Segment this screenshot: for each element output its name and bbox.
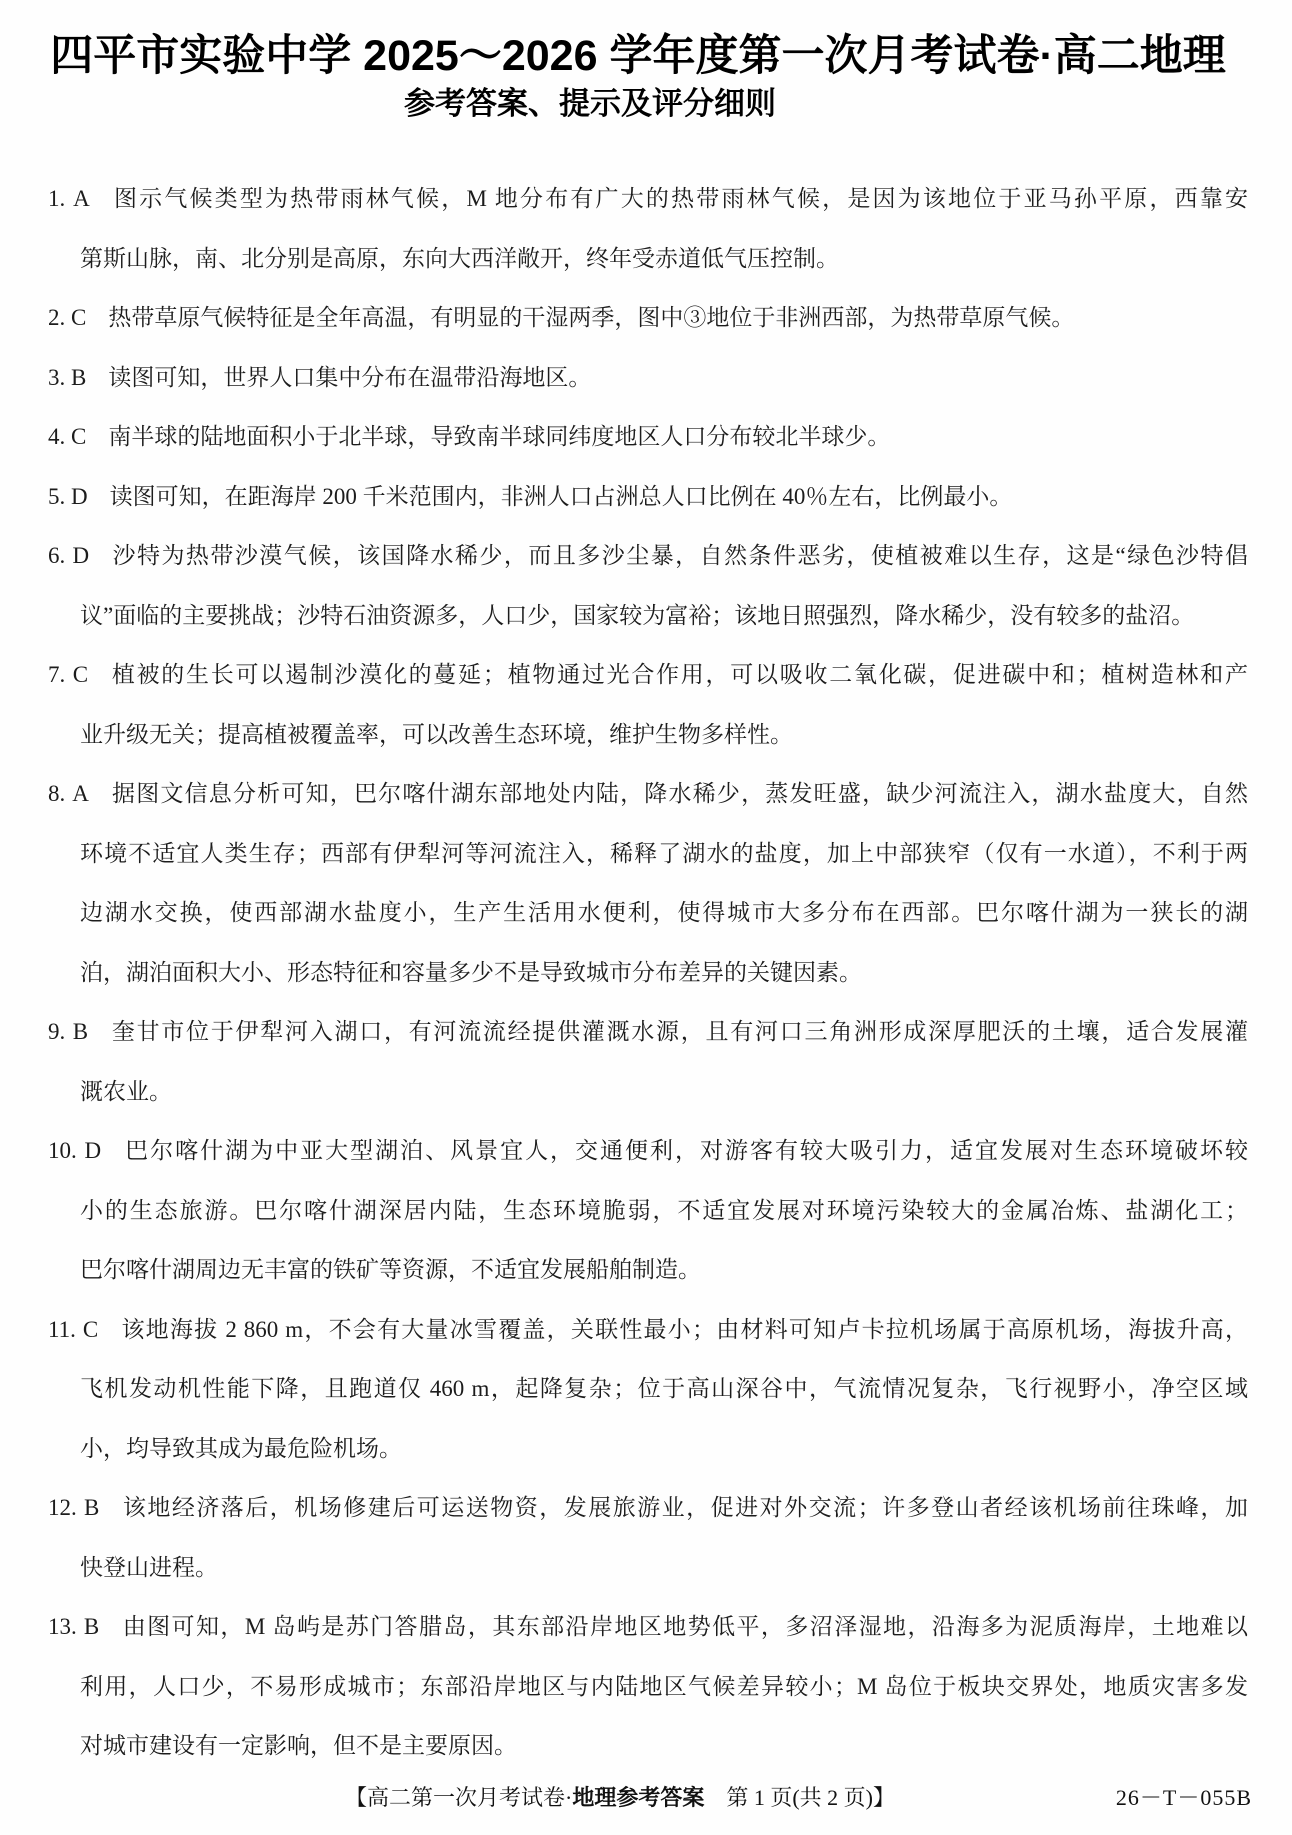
answer-item: 6. D沙特为热带沙漠气候，该国降水稀少，而且多沙尘暴，自然条件恶劣，使植被难以… <box>48 526 1248 645</box>
answer-line-first: 11. C该地海拔 2 860 m，不会有大量冰雪覆盖，关联性最小；由材料可知卢… <box>48 1300 1248 1360</box>
answer-label: 12. B <box>48 1495 99 1520</box>
answer-item: 2. C热带草原气候特征是全年高温，有明显的干湿两季，图中③地位于非洲西部，为热… <box>48 288 1248 348</box>
answer-item: 11. C该地海拔 2 860 m，不会有大量冰雪覆盖，关联性最小；由材料可知卢… <box>48 1300 1248 1479</box>
answer-label: 13. B <box>48 1614 99 1639</box>
answer-text: 由图可知，M 岛屿是苏门答腊岛，其东部沿岸地区地势低平，多沼泽湿地，沿海多为泥质… <box>121 1614 1248 1639</box>
footer-caption-prefix: 【高二第一次月考试卷· <box>345 1785 572 1810</box>
answer-line: 利用，人口少，不易形成城市；东部沿岸地区与内陆地区气候差异较小；M 岛位于板块交… <box>48 1657 1248 1717</box>
answer-line: 边湖水交换，使西部湖水盐度小，生产生活用水便利，使得城市大多分布在西部。巴尔喀什… <box>48 883 1248 943</box>
answer-line: 泊，湖泊面积大小、形态特征和容量多少不是导致城市分布差异的关键因素。 <box>48 943 1248 1003</box>
answer-label: 9. B <box>48 1019 88 1044</box>
answer-label: 7. C <box>48 662 88 687</box>
answer-text: 巴尔喀什湖为中亚大型湖泊、风景宜人，交通便利，对游客有较大吸引力，适宜发展对生态… <box>123 1138 1248 1163</box>
answer-text: 该地经济落后，机场修建后可运送物资，发展旅游业，促进对外交流；许多登山者经该机场… <box>121 1495 1248 1520</box>
answer-text: 热带草原气候特征是全年高温，有明显的干湿两季，图中③地位于非洲西部，为热带草原气… <box>108 305 1074 330</box>
answer-line-first: 9. B奎甘市位于伊犁河入湖口，有河流流经提供灌溉水源，且有河口三角洲形成深厚肥… <box>48 1002 1248 1062</box>
answers-list: 1. A图示气候类型为热带雨林气候，M 地分布有广大的热带雨林气候，是因为该地位… <box>48 169 1248 1776</box>
answer-line: 环境不适宜人类生存；西部有伊犁河等河流注入，稀释了湖水的盐度，加上中部狭窄（仅有… <box>48 824 1248 884</box>
answer-label: 5. D <box>48 484 88 509</box>
page-subtitle: 参考答案、提示及评分细则 <box>0 78 1236 123</box>
answer-item: 10. D巴尔喀什湖为中亚大型湖泊、风景宜人，交通便利，对游客有较大吸引力，适宜… <box>48 1121 1248 1300</box>
answer-line-first: 1. A图示气候类型为热带雨林气候，M 地分布有广大的热带雨林气候，是因为该地位… <box>48 169 1248 229</box>
answer-item: 12. B该地经济落后，机场修建后可运送物资，发展旅游业，促进对外交流；许多登山… <box>48 1478 1248 1597</box>
answer-item: 7. C植被的生长可以遏制沙漠化的蔓延；植物通过光合作用，可以吸收二氧化碳，促进… <box>48 645 1248 764</box>
answer-line-first: 2. C热带草原气候特征是全年高温，有明显的干湿两季，图中③地位于非洲西部，为热… <box>48 288 1248 348</box>
answer-text: 据图文信息分析可知，巴尔喀什湖东部地处内陆，降水稀少，蒸发旺盛，缺少河流注入，湖… <box>111 781 1248 806</box>
answer-label: 10. D <box>48 1138 101 1163</box>
answer-line: 业升级无关；提高植被覆盖率，可以改善生态环境，维护生物多样性。 <box>48 705 1248 765</box>
footer-page-number: 第 1 页(共 2 页)】 <box>704 1785 895 1810</box>
answer-text: 南半球的陆地面积小于北半球，导致南半球同纬度地区人口分布较北半球少。 <box>108 424 890 449</box>
answer-line-first: 3. B读图可知，世界人口集中分布在温带沿海地区。 <box>48 348 1248 408</box>
answer-line: 巴尔喀什湖周边无丰富的铁矿等资源，不适宜发展船舶制造。 <box>48 1240 1248 1300</box>
answer-item: 5. D读图可知，在距海岸 200 千米范围内，非洲人口占洲总人口比例在 40％… <box>48 467 1248 527</box>
answer-text: 奎甘市位于伊犁河入湖口，有河流流经提供灌溉水源，且有河口三角洲形成深厚肥沃的土壤… <box>110 1019 1248 1044</box>
answer-line: 第斯山脉，南、北分别是高原，东向大西洋敞开，终年受赤道低气压控制。 <box>48 229 1248 289</box>
page-title: 四平市实验中学 2025～2026 学年度第一次月考试卷·高二地理 <box>0 22 1284 83</box>
answer-line-first: 12. B该地经济落后，机场修建后可运送物资，发展旅游业，促进对外交流；许多登山… <box>48 1478 1248 1538</box>
answer-line: 快登山进程。 <box>48 1538 1248 1598</box>
answer-item: 9. B奎甘市位于伊犁河入湖口，有河流流经提供灌溉水源，且有河口三角洲形成深厚肥… <box>48 1002 1248 1121</box>
exam-answer-sheet-page: 四平市实验中学 2025～2026 学年度第一次月考试卷·高二地理 参考答案、提… <box>0 0 1292 1835</box>
answer-item: 8. A据图文信息分析可知，巴尔喀什湖东部地处内陆，降水稀少，蒸发旺盛，缺少河流… <box>48 764 1248 1002</box>
answer-item: 3. B读图可知，世界人口集中分布在温带沿海地区。 <box>48 348 1248 408</box>
answer-line: 溉农业。 <box>48 1062 1248 1122</box>
answer-line: 议”面临的主要挑战；沙特石油资源多，人口少，国家较为富裕；该地日照强烈，降水稀少… <box>48 586 1248 646</box>
answer-label: 3. B <box>48 365 86 390</box>
answer-line-first: 5. D读图可知，在距海岸 200 千米范围内，非洲人口占洲总人口比例在 40％… <box>48 467 1248 527</box>
answer-text: 沙特为热带沙漠气候，该国降水稀少，而且多沙尘暴，自然条件恶劣，使植被难以生存，这… <box>111 543 1248 568</box>
answer-item: 1. A图示气候类型为热带雨林气候，M 地分布有广大的热带雨林气候，是因为该地位… <box>48 169 1248 288</box>
answer-line-first: 6. D沙特为热带沙漠气候，该国降水稀少，而且多沙尘暴，自然条件恶劣，使植被难以… <box>48 526 1248 586</box>
answer-text: 植被的生长可以遏制沙漠化的蔓延；植物通过光合作用，可以吸收二氧化碳，促进碳中和；… <box>110 662 1248 687</box>
answer-label: 2. C <box>48 305 86 330</box>
answer-line-first: 7. C植被的生长可以遏制沙漠化的蔓延；植物通过光合作用，可以吸收二氧化碳，促进… <box>48 645 1248 705</box>
footer-subject: 地理参考答案 <box>572 1785 704 1810</box>
answer-label: 6. D <box>48 543 89 568</box>
answer-line-first: 4. C南半球的陆地面积小于北半球，导致南半球同纬度地区人口分布较北半球少。 <box>48 407 1248 467</box>
answer-text: 该地海拔 2 860 m，不会有大量冰雪覆盖，关联性最小；由材料可知卢卡拉机场属… <box>120 1317 1248 1342</box>
answer-item: 4. C南半球的陆地面积小于北半球，导致南半球同纬度地区人口分布较北半球少。 <box>48 407 1248 467</box>
answer-line: 小，均导致其成为最危险机场。 <box>48 1419 1248 1479</box>
answer-line-first: 10. D巴尔喀什湖为中亚大型湖泊、风景宜人，交通便利，对游客有较大吸引力，适宜… <box>48 1121 1248 1181</box>
answer-text: 读图可知，世界人口集中分布在温带沿海地区。 <box>108 365 591 390</box>
footer-caption: 【高二第一次月考试卷·地理参考答案 第 1 页(共 2 页)】 <box>345 1783 895 1813</box>
answer-text: 图示气候类型为热带雨林气候，M 地分布有广大的热带雨林气候，是因为该地位于亚马孙… <box>112 186 1248 211</box>
answer-line: 对城市建设有一定影响，但不是主要原因。 <box>48 1716 1248 1776</box>
answer-item: 13. B由图可知，M 岛屿是苏门答腊岛，其东部沿岸地区地势低平，多沼泽湿地，沿… <box>48 1597 1248 1776</box>
answer-line: 飞机发动机性能下降，且跑道仅 460 m，起降复杂；位于高山深谷中，气流情况复杂… <box>48 1359 1248 1419</box>
answer-text: 读图可知，在距海岸 200 千米范围内，非洲人口占洲总人口比例在 40％左右，比… <box>110 484 1013 509</box>
footer-paper-code: 26－T－055B <box>1116 1783 1252 1813</box>
answer-line-first: 8. A据图文信息分析可知，巴尔喀什湖东部地处内陆，降水稀少，蒸发旺盛，缺少河流… <box>48 764 1248 824</box>
answer-label: 4. C <box>48 424 86 449</box>
answer-line: 小的生态旅游。巴尔喀什湖深居内陆，生态环境脆弱，不适宜发展对环境污染较大的金属冶… <box>48 1181 1248 1241</box>
answer-label: 8. A <box>48 781 89 806</box>
answer-label: 11. C <box>48 1317 98 1342</box>
answer-line-first: 13. B由图可知，M 岛屿是苏门答腊岛，其东部沿岸地区地势低平，多沼泽湿地，沿… <box>48 1597 1248 1657</box>
answer-label: 1. A <box>48 186 90 211</box>
